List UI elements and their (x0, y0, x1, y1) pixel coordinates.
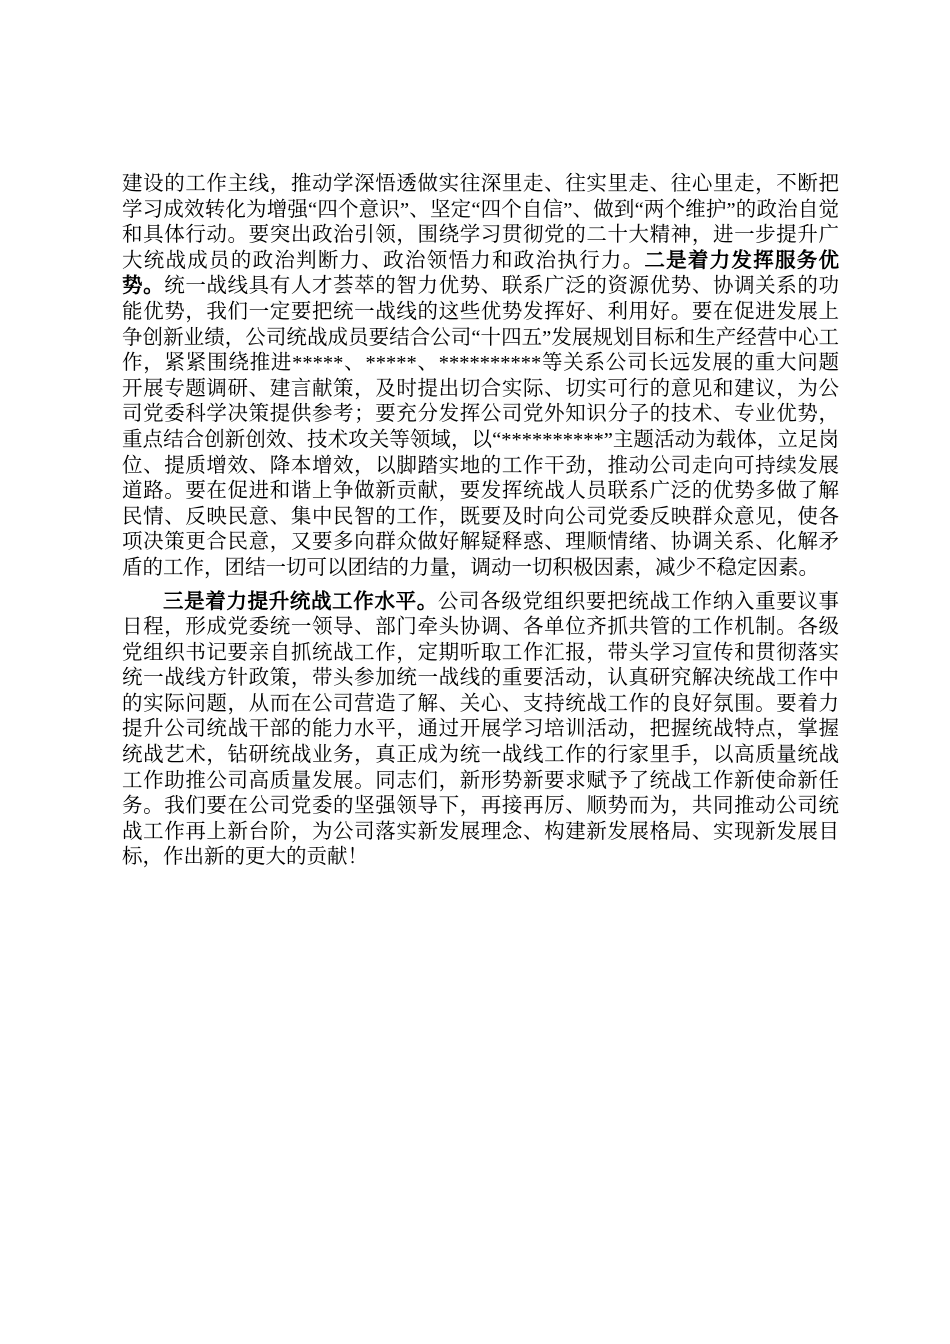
paragraph-1-rest-text: 统一战线具有人才荟萃的智力优势、联系广泛的资源优势、协调关系的功能优势，我们一定… (122, 275, 839, 579)
document-body: 建设的工作主线，推动学深悟透做实往深里走、往实里走、往心里走，不断把学习成效转化… (122, 172, 839, 871)
paragraph-2-bold-heading: 三是着力提升统战工作水平。 (163, 591, 438, 613)
paragraph-third-point: 三是着力提升统战工作水平。公司各级党组织要把统战工作纳入重要议事日程，形成党委统… (122, 590, 839, 872)
paragraph-2-body-text: 公司各级党组织要把统战工作纳入重要议事日程，形成党委统一领导、部门牵头协调、各单… (122, 591, 839, 869)
paragraph-continuation: 建设的工作主线，推动学深悟透做实往深里走、往实里走、往心里走，不断把学习成效转化… (122, 172, 839, 582)
document-page: 建设的工作主线，推动学深悟透做实往深里走、往实里走、往心里走，不断把学习成效转化… (0, 0, 950, 1344)
